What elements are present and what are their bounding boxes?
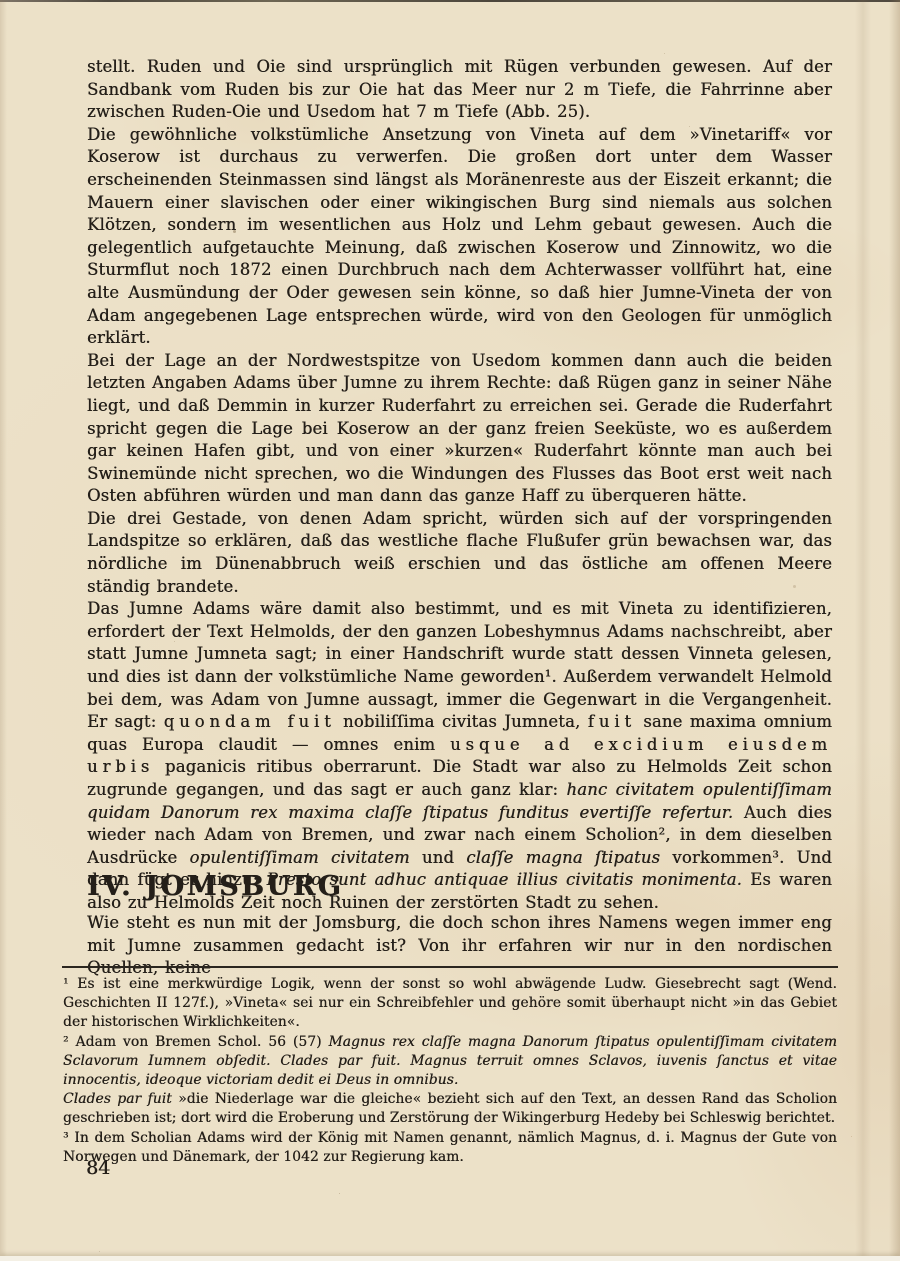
scan-edge-left-shadow — [0, 0, 7, 1261]
page-number: 84 — [86, 1157, 110, 1179]
scan-edge-bottom-artifact — [0, 1256, 900, 1261]
section-heading: IV. JOMSBURG — [87, 872, 832, 902]
footnote-2-comment: Clades par fuit »die Niederlage war die … — [63, 1090, 837, 1128]
paragraph-nordwestspitze: Bei der Lage an der Nordwestspitze von U… — [87, 350, 832, 508]
scan-edge-top-artifact — [0, 0, 900, 2]
footnote-divider-rule — [62, 966, 838, 968]
footnote-1: ¹ Es ist eine merkwürdige Logik, wenn de… — [63, 975, 837, 1033]
jomsburg-section: IV. JOMSBURG Wie steht es nun mit der Jo… — [87, 872, 832, 980]
paragraph-drei-gestade: Die drei Gestade, von denen Adam spricht… — [87, 508, 832, 598]
scan-edge-right-shadow — [889, 0, 900, 1261]
paragraph-jumne-helmold: Das Jumne Adams wäre damit also bestimmt… — [87, 598, 832, 914]
paper-crease-line — [855, 0, 871, 1261]
footnote-2-latin: ² Adam von Bremen Schol. 56 (57) Magnus … — [63, 1033, 837, 1091]
paragraph-ruden-oie: stellt. Ruden und Oie sind ursprünglich … — [87, 56, 832, 124]
paragraph-vinetariff: Die gewöhnliche volkstümliche Ansetzung … — [87, 124, 832, 350]
scanned-book-page: stellt. Ruden und Oie sind ursprünglich … — [0, 0, 900, 1261]
body-text-block: stellt. Ruden und Oie sind ursprünglich … — [87, 56, 832, 915]
footnote-3: ³ In dem Scholian Adams wird der König m… — [63, 1129, 837, 1167]
footnotes-block: ¹ Es ist eine merkwürdige Logik, wenn de… — [63, 975, 837, 1167]
paragraph-jomsburg-intro: Wie steht es nun mit der Jomsburg, die d… — [87, 912, 832, 980]
